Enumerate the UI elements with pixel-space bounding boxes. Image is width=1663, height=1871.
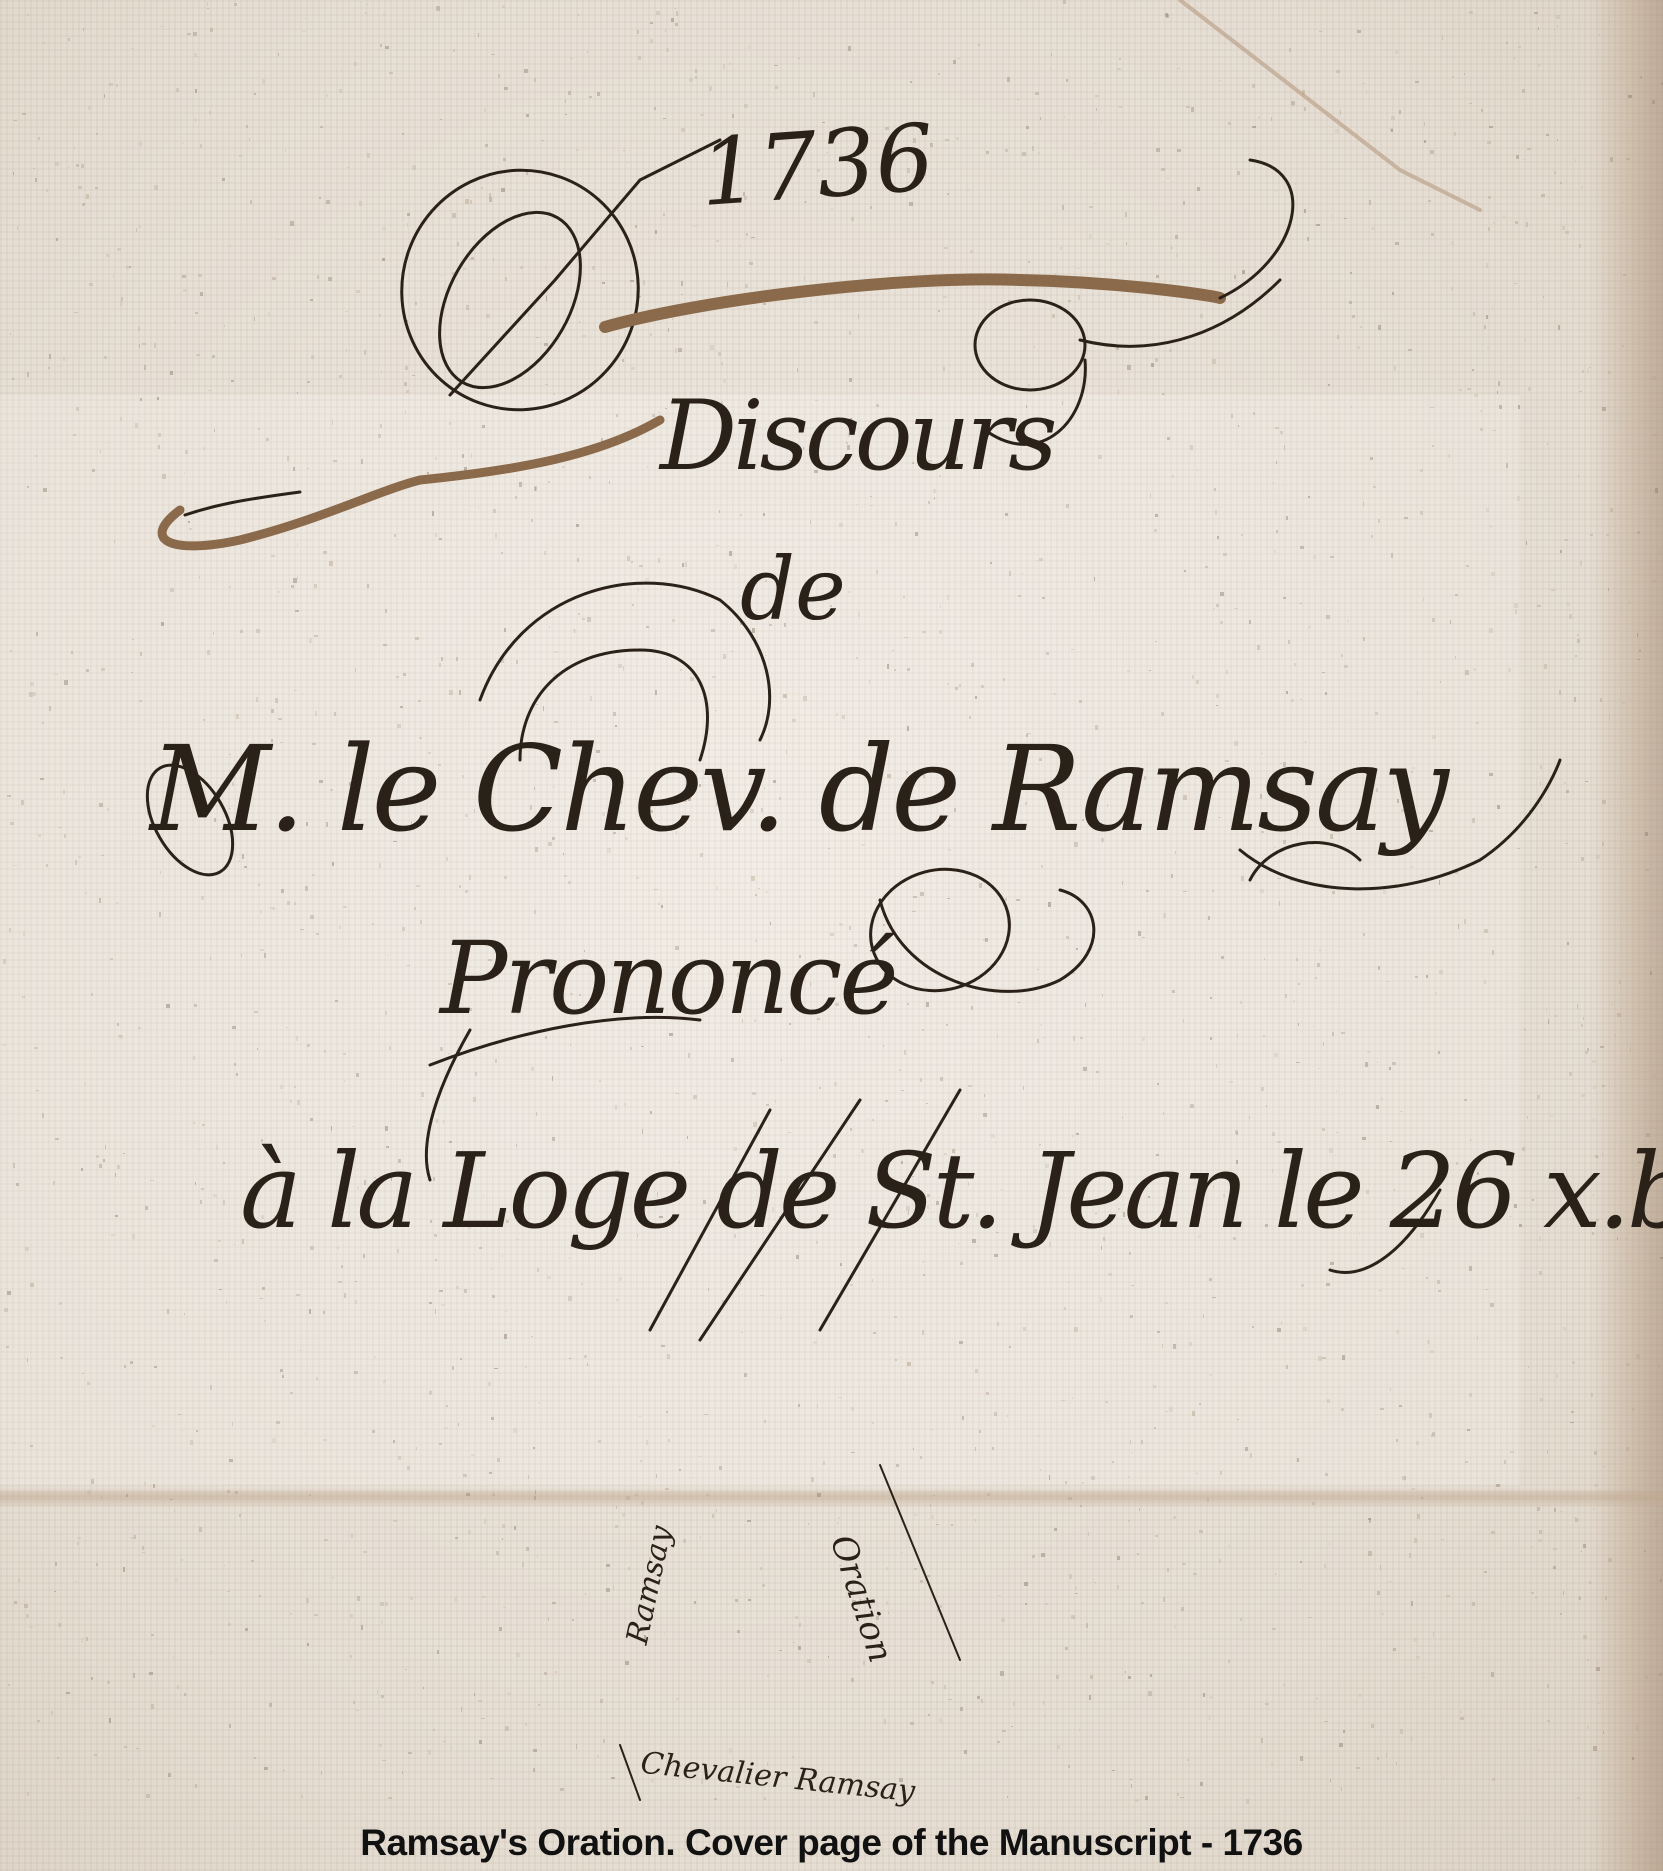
- manuscript-line-prononce: Prononcé: [440, 920, 896, 1037]
- manuscript-line-de: de: [740, 540, 846, 640]
- manuscript-year: 1736: [697, 104, 938, 227]
- image-caption: Ramsay's Oration. Cover page of the Manu…: [0, 1822, 1663, 1864]
- manuscript-line-author: M. le Chev. de Ramsay: [150, 720, 1446, 858]
- manuscript-line-loge: à la Loge de St. Jean le 26 x.bre: [240, 1130, 1663, 1252]
- manuscript-line-discours: Discours: [660, 380, 1053, 492]
